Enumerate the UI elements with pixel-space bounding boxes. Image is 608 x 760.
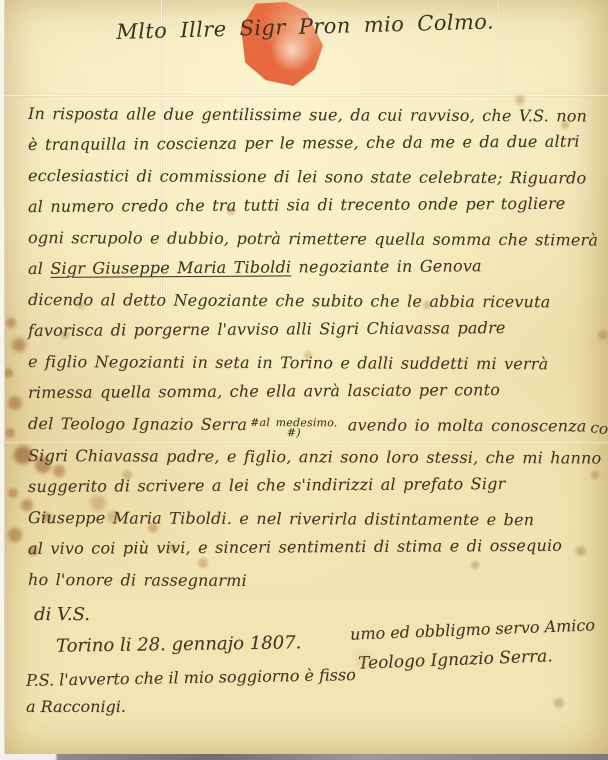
scanned-letter-page: Mlto Illre Sigr Pron mio Colmo. In rispo…: [0, 0, 608, 760]
line-text: è tranquilla in coscienza per le messe, …: [28, 132, 580, 154]
line-text: ecclesiastici di commissione di lei sono…: [28, 166, 586, 187]
line-text: Sigri Chiavassa padre, e figlio, anzi so…: [28, 446, 601, 468]
letter-body: In risposta alle due gentilissime sue, d…: [28, 98, 608, 595]
line-text: favorisca di porgerne l'avviso alli Sigr…: [28, 318, 506, 340]
line-text: al: [28, 259, 50, 278]
insertion-reference-mark: #): [250, 428, 337, 438]
letter-line: ho l'onore di rassegnarmi: [28, 564, 608, 598]
fold-crease-horizontal-top: [0, 94, 608, 97]
line-text: suggerito di scrivere a lei che s'indiri…: [28, 474, 506, 496]
letter-line: rimessa quella somma, che ella avrà lasc…: [28, 373, 608, 408]
line-text: del Teologo Ignazio Serra: [28, 414, 247, 434]
line-text: al vivo coi più vivi, e sinceri sentimen…: [28, 536, 562, 558]
line-text: avendo io molta conoscenza: [340, 415, 586, 435]
line-text: al numero credo che tra tutti sia di tre…: [28, 194, 566, 216]
fold-crease-vertical-right: [497, 0, 500, 92]
line-text: e figlio Negozianti in seta in Torino e …: [28, 352, 548, 373]
line-text: negoziante in Genova: [291, 256, 482, 276]
underlined-recipient-name: Sigr Giuseppe Maria Tiboldi: [50, 257, 291, 277]
closing-signoff-line-1: umo ed obbligmo servo Amico: [350, 615, 596, 643]
postscript-line-1: P.S. l'avverto che il mio soggiorno è fi…: [26, 665, 356, 690]
line-text: ho l'onore di rassegnarmi: [28, 570, 247, 590]
letter-line: è tranquilla in coscienza per le messe, …: [28, 125, 608, 160]
letter-line: al numero credo che tra tutti sia di tre…: [28, 187, 608, 222]
scan-edge-left: [0, 0, 5, 754]
closing-dateline: Torino li 28. gennajo 1807.: [56, 632, 302, 656]
closing-signature: Teologo Ignazio Serra.: [358, 646, 553, 673]
line-text: rimessa quella somma, che ella avrà lasc…: [28, 380, 500, 402]
letter-line: al vivo coi più vivi, e sinceri sentimen…: [28, 529, 608, 564]
line-text: ogni scrupolo e dubbio, potrà rimettere …: [28, 228, 598, 249]
letter-line: al Sigr Giuseppe Maria Tiboldi negoziant…: [28, 249, 608, 284]
line-text: dicendo al detto Negoziante che subito c…: [28, 290, 550, 311]
letter-body-block-b: Sigri Chiavassa padre, e figlio, anzi so…: [28, 440, 608, 595]
line-text: Giuseppe Maria Tiboldi. e nel riverirla …: [28, 508, 534, 529]
letter-body-block-a: In risposta alle due gentilissime sue, d…: [28, 98, 608, 408]
interlinear-note: #al medesimo.#): [250, 418, 337, 438]
insertion-line: del Teologo Ignazio Serra#al medesimo.#)…: [28, 408, 608, 443]
letter-line: suggerito di scrivere a lei che s'indiri…: [28, 467, 608, 502]
closing-devotion: di V.S.: [34, 604, 90, 625]
postscript-line-2: a Racconigi.: [26, 697, 126, 716]
letter-line: favorisca di porgerne l'avviso alli Sigr…: [28, 311, 608, 346]
line-text: In risposta alle due gentilissime sue, d…: [28, 104, 587, 125]
scan-edge-bottom: [0, 754, 608, 760]
